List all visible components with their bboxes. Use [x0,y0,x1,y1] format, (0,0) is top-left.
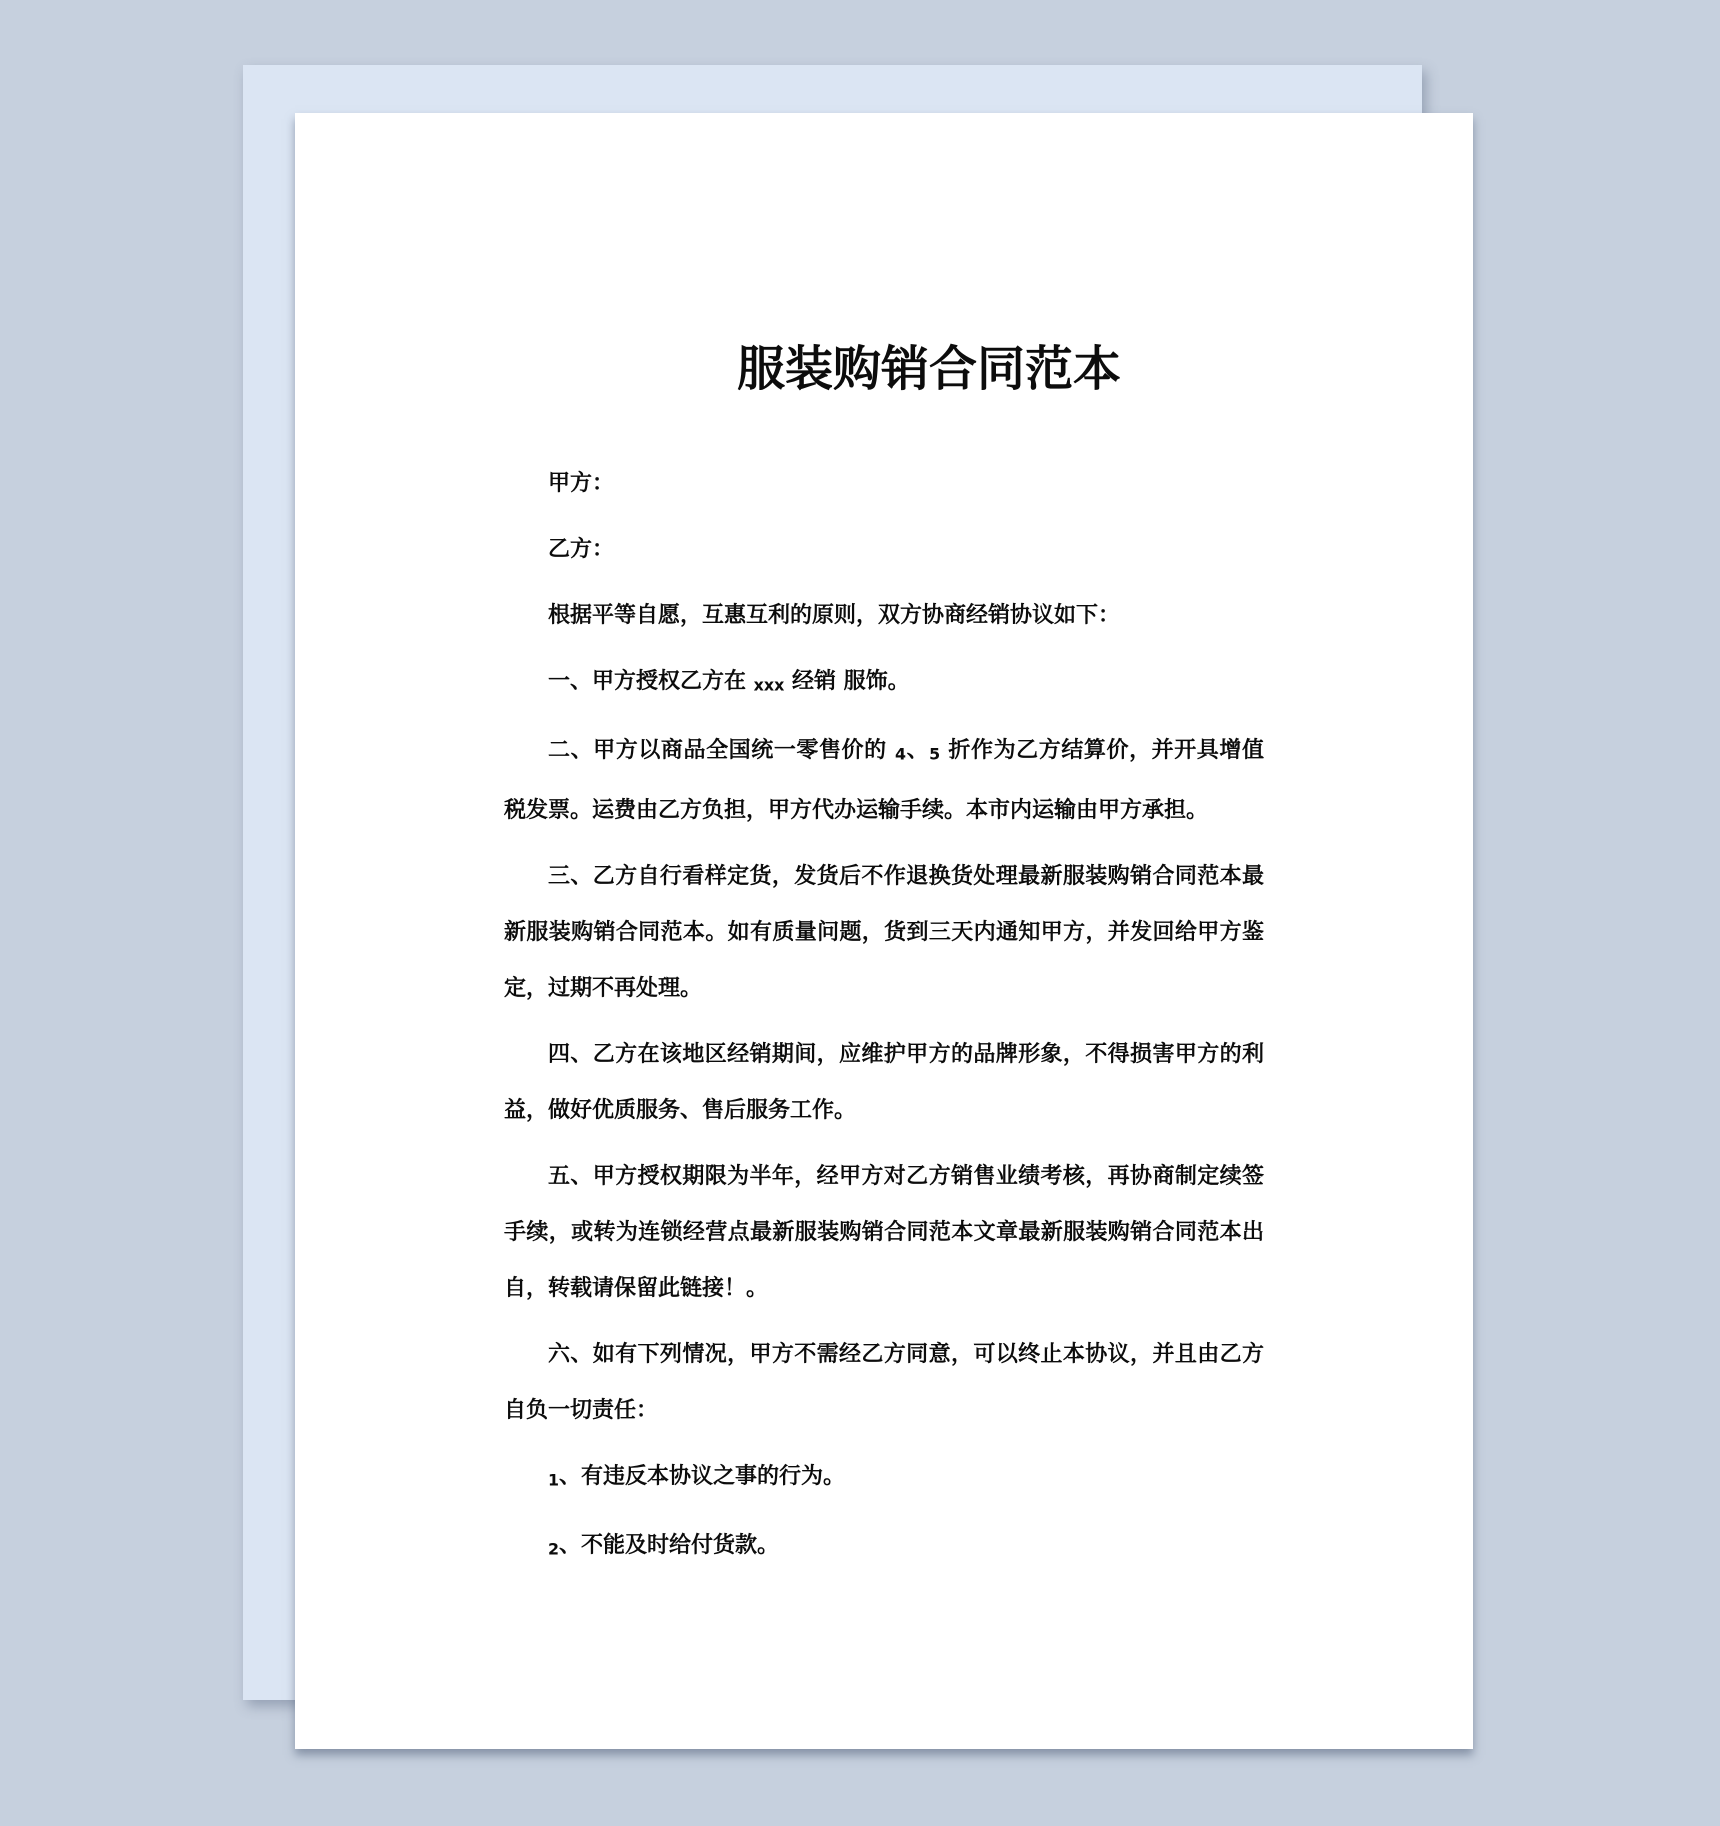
text-segment: 根据平等自愿，互惠互利的原则，双方协商经销协议如下： [548,603,1120,628]
text-segment: 六、如有下列情况，甲方不需经乙方同意，可以终止本协议，并且由乙方自负一切责任： [504,1342,1264,1423]
text-segment: 五、甲方授权期限为半年，经甲方对乙方销售业绩考核，再协商制定续签手续，或转为连锁… [504,1164,1264,1301]
document-body: 甲方：乙方：根据平等自愿，互惠互利的原则，双方协商经销协议如下：一、甲方授权乙方… [504,456,1264,1578]
text-segment: 、有违反本协议之事的行为。 [559,1464,845,1489]
paragraph: 二、甲方以商品全国统一零售价的 4、5 折作为乙方结算价，并开具增值税发票。运费… [504,723,1264,838]
canvas-background: 服装购销合同范本 甲方：乙方：根据平等自愿，互惠互利的原则，双方协商经销协议如下… [0,0,1720,1826]
small-number: 5 [929,745,940,764]
text-segment: 三、乙方自行看样定货，发货后不作退换货处理最新服装购销合同范本最新服装购销合同范… [504,864,1264,1001]
paragraph: 2、不能及时给付货款。 [504,1518,1264,1577]
paragraph: 乙方： [504,522,1264,578]
paragraph: 甲方： [504,456,1264,512]
paragraph: 四、乙方在该地区经销期间，应维护甲方的品牌形象，不得损害甲方的利益，做好优质服务… [504,1027,1264,1139]
text-segment: 经销 服饰。 [784,669,909,694]
paragraph: 五、甲方授权期限为半年，经甲方对乙方销售业绩考核，再协商制定续签手续，或转为连锁… [504,1149,1264,1317]
text-segment: 、不能及时给付货款。 [559,1533,779,1558]
text-segment: 一、甲方授权乙方在 [548,669,754,694]
small-number: xxx [754,675,785,694]
paragraph: 三、乙方自行看样定货，发货后不作退换货处理最新服装购销合同范本最新服装购销合同范… [504,849,1264,1017]
small-number: 2 [548,1540,559,1559]
text-segment: 四、乙方在该地区经销期间，应维护甲方的品牌形象，不得损害甲方的利益，做好优质服务… [504,1042,1264,1123]
text-segment: 乙方： [548,537,614,562]
text-segment: 甲方： [548,471,614,496]
paragraph: 一、甲方授权乙方在 xxx 经销 服饰。 [504,654,1264,713]
document-title: 服装购销合同范本 [504,345,1264,393]
paragraph: 1、有违反本协议之事的行为。 [504,1449,1264,1508]
small-number: 4 [895,745,906,764]
text-segment: 二、甲方以商品全国统一零售价的 [548,738,895,763]
document-page: 服装购销合同范本 甲方：乙方：根据平等自愿，互惠互利的原则，双方协商经销协议如下… [295,113,1473,1749]
small-number: 1 [548,1470,559,1489]
paragraph: 六、如有下列情况，甲方不需经乙方同意，可以终止本协议，并且由乙方自负一切责任： [504,1327,1264,1439]
text-segment: 、 [906,738,929,763]
paragraph: 根据平等自愿，互惠互利的原则，双方协商经销协议如下： [504,588,1264,644]
